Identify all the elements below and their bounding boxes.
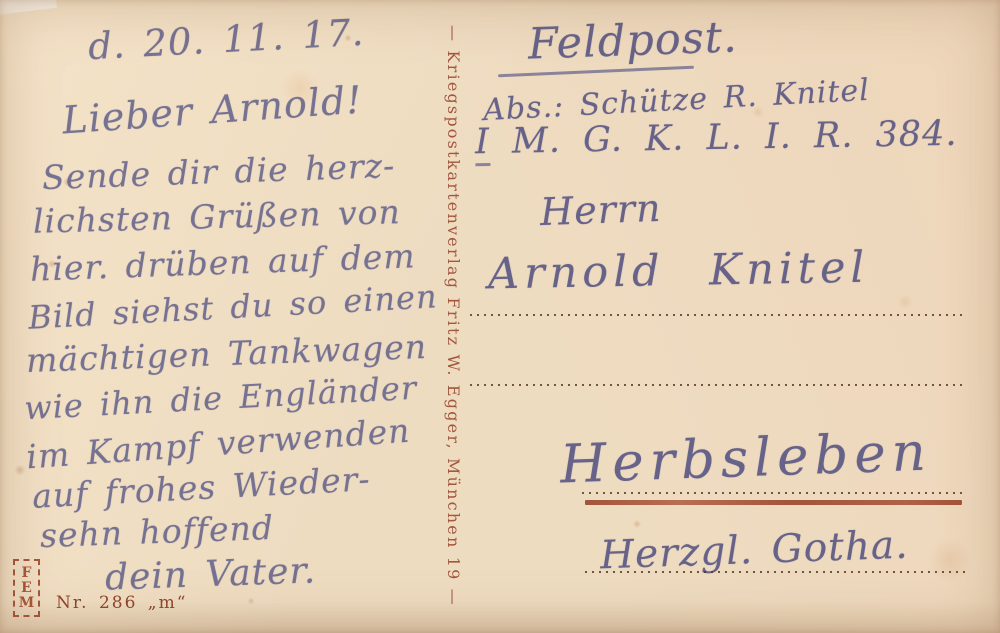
address-dotted-line-1	[470, 314, 966, 316]
feldpost-heading: Feldpost.	[527, 12, 738, 69]
address-dotted-line-4	[585, 571, 967, 573]
publisher-imprint: — Kriegspostkartenverlag Fritz W. Egger,…	[439, 16, 463, 616]
date-line: d. 20. 11. 17.	[87, 11, 365, 68]
fem-publisher-logo: F E M	[13, 559, 40, 617]
message-line: Sende dir die herz-	[41, 146, 395, 197]
feldpost-underline	[498, 66, 694, 78]
postcard-scan: d. 20. 11. 17. Lieber Arnold! Sende dir …	[0, 0, 1000, 633]
recipient-title: Herrn	[539, 186, 662, 234]
message-line: lichsten Grüßen von	[33, 192, 402, 241]
district-line: Herzgl. Gotha.	[599, 523, 909, 579]
signature-line: dein Vater.	[104, 550, 316, 598]
fem-letter: M	[19, 596, 35, 611]
series-number: Nr. 286 „m“	[56, 593, 187, 613]
address-rule-thick	[585, 500, 962, 505]
address-dotted-line-2	[470, 384, 966, 386]
recipient-name: Arnold Knitel	[488, 243, 870, 300]
scan-corner-artifact	[0, 0, 57, 16]
town-line: Herbsleben	[559, 422, 933, 496]
unit-line: I M. G. K. L. I. R. 384.	[475, 114, 958, 162]
fem-letter: E	[21, 581, 32, 596]
unit-designation: M. G. K. L. I. R. 384.	[490, 114, 958, 162]
address-dotted-line-3	[582, 492, 964, 494]
salutation: Lieber Arnold!	[61, 78, 364, 143]
unit-roman-numeral: I	[475, 122, 491, 166]
fem-letter: F	[22, 566, 32, 581]
message-line: sehn hoffend	[39, 508, 274, 555]
